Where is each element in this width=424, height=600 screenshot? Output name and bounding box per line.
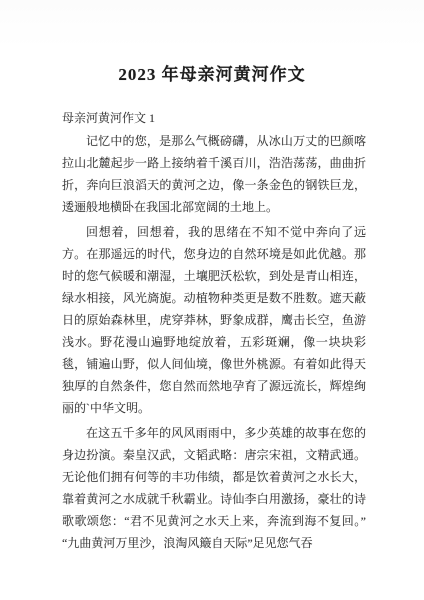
paragraph-2: 回想着，回想着，我的思绪在不知不觉中奔向了远方。在那遥远的时代，您身边的自然环境… bbox=[62, 221, 366, 419]
document-page: 2023 年母亲河黄河作文 母亲河黄河作文 1 记忆中的您，是那么气概磅礴，从冰… bbox=[0, 0, 424, 600]
document-body: 母亲河黄河作文 1 记忆中的您，是那么气概磅礴，从冰山万丈的巴颜喀拉山北麓起步一… bbox=[62, 107, 366, 554]
paragraph-1: 记忆中的您，是那么气概磅礴，从冰山万丈的巴颜喀拉山北麓起步一路上接纳着千溪百川，… bbox=[62, 130, 366, 218]
section-heading: 母亲河黄河作文 1 bbox=[62, 107, 366, 129]
document-title: 2023 年母亲河黄河作文 bbox=[0, 60, 424, 85]
paragraph-3: 在这五千多年的风风雨雨中，多少英雄的故事在您的身边扮演。秦皇汉武，文韬武略：唐宗… bbox=[62, 422, 366, 554]
